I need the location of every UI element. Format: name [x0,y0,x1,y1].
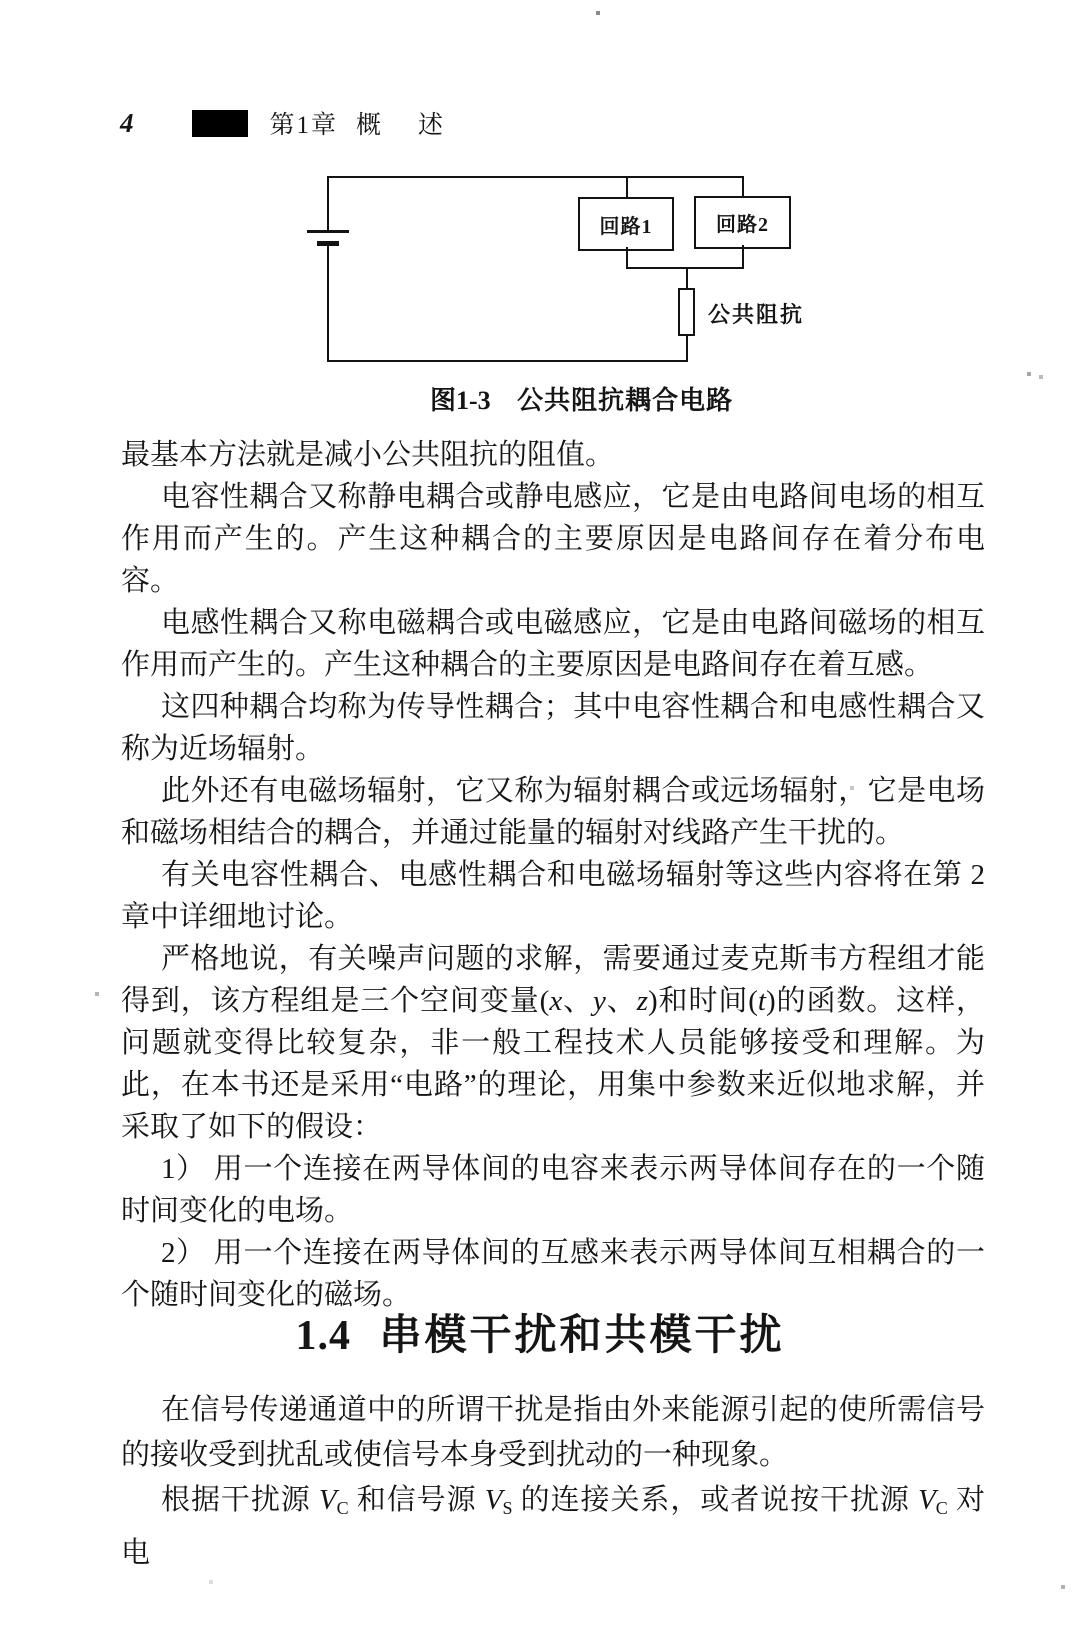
battery-long-plate-icon [307,230,349,233]
text-run: 电感性耦合又称电磁耦合或电磁感应，它是由电路间磁场的相互作用而产生的。产生这种耦… [121,607,985,681]
text-run: 此外还有电磁场辐射，它又称为辐射耦合或远场辐射，它是电场和磁场相结合的耦合，并通… [121,775,985,849]
wire-resistor-bottom [686,334,688,362]
paragraph: 严格地说，有关噪声问题的求解，需要通过麦克斯韦方程组才能得到，该方程组是三个空间… [121,938,985,1148]
chapter-title: 概 述 [356,105,449,141]
resistor-icon [678,288,695,336]
wire-loop2-top [742,176,744,198]
section-number: 1.4 [295,1313,351,1359]
text-run: 和信号源 [349,1484,485,1516]
paragraph: 最基本方法就是减小公共阻抗的阻值。 [121,434,985,476]
math-variable: y [593,985,606,1017]
text-run: 在信号传递通道中的所谓干扰是指由外来能源引起的使所需信号的接收受到扰乱或使信号本… [121,1394,985,1471]
impedance-label: 公共阻抗 [708,298,804,329]
wire-join [626,267,744,269]
text-run: )和时间( [648,985,758,1017]
math-subscript: S [502,1498,512,1518]
wire-top [327,176,744,178]
text-run: 、 [562,985,593,1017]
scan-speck-layer [0,0,2,2]
text-run: 有关电容性耦合、电感性耦合和电磁场辐射等这些内容将在第 2 章中详细地讨论。 [121,859,985,933]
paragraph: 此外还有电磁场辐射，它又称为辐射耦合或远场辐射，它是电场和磁场相结合的耦合，并通… [121,770,985,854]
chapter-label: 第1章 [270,105,339,141]
text-run: 的连接关系，或者说按干扰源 [512,1484,918,1516]
page-header: 4 第1章 概 述 [120,106,449,140]
wire-loop2-bottom [742,245,744,269]
math-variable: z [637,985,648,1017]
math-variable: x [549,985,562,1017]
wire-loop1-top [626,176,628,199]
text-run: 2） 用一个连接在两导体间的互感来表示两导体间互相耦合的一个随时间变化的磁场。 [121,1237,985,1311]
loop2-label: 回路2 [716,208,769,237]
section-heading: 1.4 串模干扰和共模干扰 [0,1302,1080,1362]
paragraph: 有关电容性耦合、电感性耦合和电磁场辐射等这些内容将在第 2 章中详细地讨论。 [121,854,985,938]
text-run: 、 [606,985,637,1017]
wire-loop1-bottom [626,247,628,269]
wire-left-upper [327,176,329,231]
paragraph: 电感性耦合又称电磁耦合或电磁感应，它是由电路间磁场的相互作用而产生的。产生这种耦… [121,602,985,686]
math-subscript: C [337,1498,349,1518]
section-title: 串模干扰和共模干扰 [379,1313,784,1359]
text-run: 根据干扰源 [161,1484,319,1516]
paragraph: 这四种耦合均称为传导性耦合；其中电容性耦合和电感性耦合又称为近场辐射。 [121,686,985,770]
loop2-box: 回路2 [694,196,791,249]
paragraph: 电容性耦合又称静电耦合或静电感应，它是由电路间电场的相互作用而产生的。产生这种耦… [121,476,985,602]
paragraph: 根据干扰源 VC 和信号源 VS 的连接关系，或者说按干扰源 VC 对电 [121,1478,985,1576]
text-run: 这四种耦合均称为传导性耦合；其中电容性耦合和电感性耦合又称为近场辐射。 [121,691,985,765]
chapter-marker-bar [192,110,248,137]
figure-caption-title: 公共阻抗耦合电路 [517,386,733,415]
wire-bottom [327,360,688,362]
loop1-box: 回路1 [578,197,674,251]
math-variable: V [918,1484,936,1516]
math-subscript: C [936,1498,948,1518]
paragraph: 1） 用一个连接在两导体间的电容来表示两导体间存在的一个随时间变化的电场。 [121,1148,985,1232]
math-variable: t [758,985,766,1017]
figure-caption: 图1-3 公共阻抗耦合电路 [430,380,733,417]
paragraph: 在信号传递通道中的所谓干扰是指由外来能源引起的使所需信号的接收受到扰乱或使信号本… [121,1388,985,1478]
page-number: 4 [120,108,134,139]
book-page: 4 第1章 概 述 回路1 回路2 公共阻抗 [0,0,1080,1626]
text-run: 电容性耦合又称静电耦合或静电感应，它是由电路间电场的相互作用而产生的。产生这种耦… [121,481,985,597]
loop1-label: 回路1 [600,210,653,239]
body-text-block: 最基本方法就是减小公共阻抗的阻值。电容性耦合又称静电耦合或静电感应，它是由电路间… [121,434,985,1316]
body-text-block-2: 在信号传递通道中的所谓干扰是指由外来能源引起的使所需信号的接收受到扰乱或使信号本… [121,1388,985,1576]
figure-caption-number: 图1-3 [430,386,491,415]
wire-left-lower [327,246,329,362]
math-variable: V [319,1484,337,1516]
text-run: 1） 用一个连接在两导体间的电容来表示两导体间存在的一个随时间变化的电场。 [121,1153,985,1227]
wire-to-resistor [686,267,688,288]
math-variable: V [485,1484,503,1516]
text-run: 最基本方法就是减小公共阻抗的阻值。 [121,439,614,471]
